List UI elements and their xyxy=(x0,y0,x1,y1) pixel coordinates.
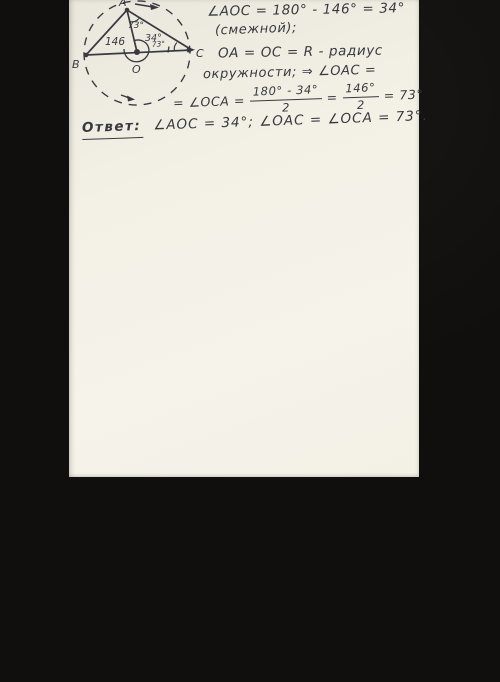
fraction-2-numerator: 146° xyxy=(342,82,379,98)
angle-label-aob: 146 xyxy=(105,36,125,48)
work-line-2: (смежной); xyxy=(215,22,298,39)
label-a: A xyxy=(118,0,127,9)
angle-label-a: 73° xyxy=(128,21,144,31)
line5-result: = 73° xyxy=(383,88,423,103)
fraction-2-denominator: 2 xyxy=(357,97,365,111)
line5-equals: = xyxy=(326,91,338,105)
notebook-page: A B O C 73° 146 34° 73° ∠AOC = 180° - 14… xyxy=(69,0,419,477)
point-c xyxy=(187,48,192,53)
fraction-1-denominator: 2 xyxy=(282,100,290,114)
point-b xyxy=(84,53,89,58)
label-c: C xyxy=(196,47,204,60)
arc-angle-c xyxy=(174,43,177,52)
line5-prefix: = ∠OCA = xyxy=(173,94,245,110)
work-line-4: окружности; ⇒ ∠OAC = xyxy=(203,64,377,83)
answer-line: Ответ: ∠AOC = 34°; ∠OAC = ∠OCA = 73°. xyxy=(82,109,429,140)
side-ab xyxy=(86,10,127,55)
answer-label: Ответ: xyxy=(82,119,144,140)
label-o: O xyxy=(132,63,141,76)
angle-label-c: 73° xyxy=(152,39,166,49)
circle-pen-arrowhead-bottom xyxy=(127,96,135,102)
fraction-1-numerator: 180° - 34° xyxy=(250,84,322,101)
scanner-background: A B O C 73° 146 34° 73° ∠AOC = 180° - 14… xyxy=(0,0,500,682)
point-o xyxy=(134,49,140,55)
fraction-2: 146° 2 xyxy=(342,82,379,111)
segment-ao xyxy=(127,10,137,52)
work-line-3: OA = OC = R - радиус xyxy=(218,44,383,62)
fraction-1: 180° - 34° 2 xyxy=(250,84,322,114)
label-b: B xyxy=(72,58,80,71)
work-line-1: ∠AOC = 180° - 146° = 34° xyxy=(207,1,405,19)
